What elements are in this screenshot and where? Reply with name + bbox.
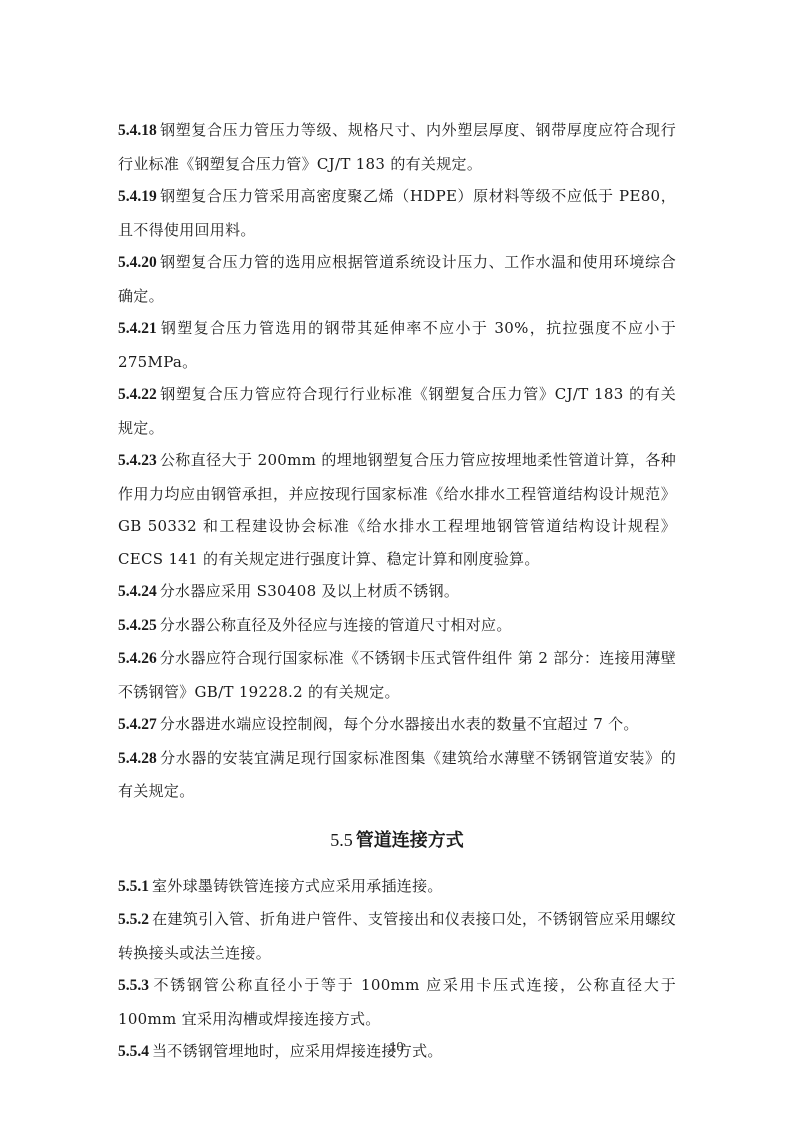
clause-text: 室外球墨铸铁管连接方式应采用承插连接。 — [152, 877, 443, 895]
clause-number: 5.4.22 — [118, 386, 157, 403]
clause-5-5-2: 5.5.2在建筑引入管、折角进户管件、支管接出和仪表接口处，不锈钢管应采用螺纹转… — [118, 903, 676, 969]
clause-5-4-28: 5.4.28分水器的安装宜满足现行国家标准图集《建筑给水薄壁不锈钢管道安装》的有… — [118, 742, 676, 808]
clause-5-4-19: 5.4.19钢塑复合压力管采用高密度聚乙烯（HDPE）原材料等级不应低于 PE8… — [118, 180, 676, 246]
clause-5-4-23: 5.4.23公称直径大于 200mm 的埋地钢塑复合压力管应按埋地柔性管道计算，… — [118, 444, 676, 575]
clause-number: 5.5.3 — [118, 977, 149, 994]
clause-number: 5.4.27 — [118, 716, 157, 733]
clause-text: 钢塑复合压力管应符合现行行业标准《钢塑复合压力管》CJ/T 183 的有关规定。 — [118, 385, 676, 437]
clause-5-4-18: 5.4.18钢塑复合压力管压力等级、规格尺寸、内外塑层厚度、钢带厚度应符合现行行… — [118, 114, 676, 180]
clause-number: 5.4.19 — [118, 188, 157, 205]
clause-number: 5.5.2 — [118, 911, 149, 928]
clause-number: 5.5.1 — [118, 878, 149, 895]
document-page: 5.4.18钢塑复合压力管压力等级、规格尺寸、内外塑层厚度、钢带厚度应符合现行行… — [118, 114, 676, 1069]
clause-number: 5.4.24 — [118, 583, 157, 600]
clause-text: 分水器应采用 S30408 及以上材质不锈钢。 — [160, 582, 459, 600]
clause-text: 分水器进水端应设控制阀，每个分水器接出水表的数量不宜超过 7 个。 — [160, 715, 639, 733]
section-number: 5.5 — [330, 830, 353, 850]
clause-number: 5.4.25 — [118, 617, 157, 634]
clause-5-4-20: 5.4.20钢塑复合压力管的选用应根据管道系统设计压力、工作水温和使用环境综合确… — [118, 246, 676, 312]
clause-text: 公称直径大于 200mm 的埋地钢塑复合压力管应按埋地柔性管道计算，各种作用力均… — [118, 451, 676, 568]
page-number: 10 — [0, 1040, 793, 1056]
clause-number: 5.4.28 — [118, 750, 157, 767]
clause-5-4-26: 5.4.26分水器应符合现行国家标准《不锈钢卡压式管件组件 第 2 部分：连接用… — [118, 642, 676, 708]
clause-5-4-27: 5.4.27分水器进水端应设控制阀，每个分水器接出水表的数量不宜超过 7 个。 — [118, 708, 676, 742]
clause-number: 5.4.20 — [118, 254, 157, 271]
clause-5-5-1: 5.5.1室外球墨铸铁管连接方式应采用承插连接。 — [118, 870, 676, 904]
clause-text: 钢塑复合压力管压力等级、规格尺寸、内外塑层厚度、钢带厚度应符合现行行业标准《钢塑… — [118, 121, 676, 173]
clause-number: 5.4.23 — [118, 452, 157, 469]
clause-number: 5.4.18 — [118, 122, 157, 139]
clause-number: 5.4.26 — [118, 650, 157, 667]
clause-5-4-25: 5.4.25分水器公称直径及外径应与连接的管道尺寸相对应。 — [118, 609, 676, 643]
clause-5-4-22: 5.4.22钢塑复合压力管应符合现行行业标准《钢塑复合压力管》CJ/T 183 … — [118, 378, 676, 444]
clause-5-5-3: 5.5.3不锈钢管公称直径小于等于 100mm 应采用卡压式连接，公称直径大于1… — [118, 969, 676, 1035]
section-title-text: 管道连接方式 — [356, 830, 464, 851]
clause-5-4-21: 5.4.21钢塑复合压力管选用的钢带其延伸率不应小于 30%，抗拉强度不应小于2… — [118, 312, 676, 378]
clause-text: 在建筑引入管、折角进户管件、支管接出和仪表接口处，不锈钢管应采用螺纹转换接头或法… — [118, 910, 676, 962]
clause-text: 不锈钢管公称直径小于等于 100mm 应采用卡压式连接，公称直径大于100mm … — [118, 976, 676, 1028]
clause-text: 钢塑复合压力管选用的钢带其延伸率不应小于 30%，抗拉强度不应小于275MPa。 — [118, 319, 676, 371]
section-heading: 5.5管道连接方式 — [118, 825, 676, 856]
clause-text: 分水器应符合现行国家标准《不锈钢卡压式管件组件 第 2 部分：连接用薄壁不锈钢管… — [118, 649, 676, 701]
clause-text: 分水器的安装宜满足现行国家标准图集《建筑给水薄壁不锈钢管道安装》的有关规定。 — [118, 749, 676, 801]
clause-5-4-24: 5.4.24分水器应采用 S30408 及以上材质不锈钢。 — [118, 575, 676, 609]
clause-text: 钢塑复合压力管采用高密度聚乙烯（HDPE）原材料等级不应低于 PE80，且不得使… — [118, 187, 676, 239]
clause-number: 5.4.21 — [118, 320, 157, 337]
clause-text: 分水器公称直径及外径应与连接的管道尺寸相对应。 — [160, 616, 512, 634]
clause-text: 钢塑复合压力管的选用应根据管道系统设计压力、工作水温和使用环境综合确定。 — [118, 253, 676, 305]
